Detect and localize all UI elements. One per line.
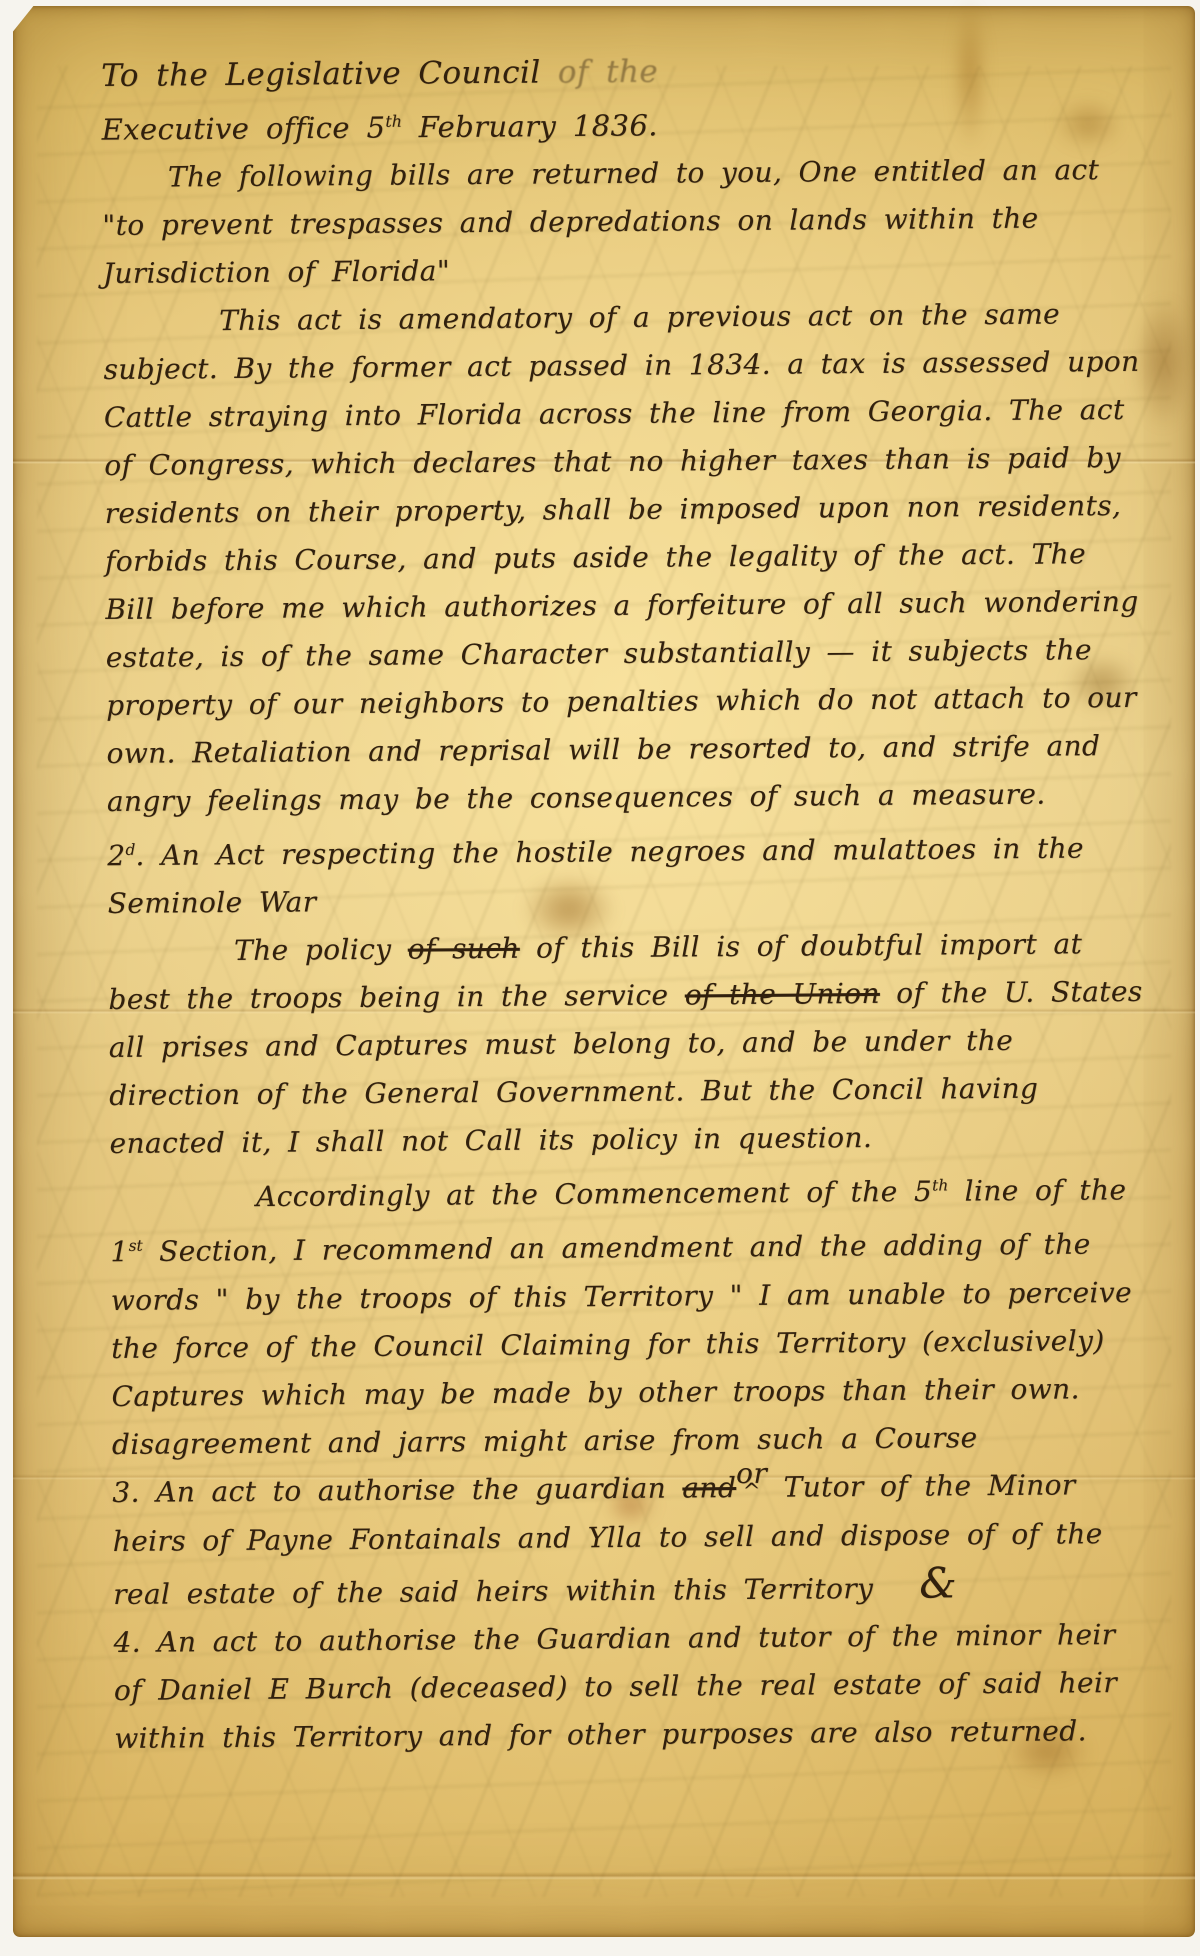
salutation: To the Legislative Council of the bbox=[101, 44, 1139, 100]
interlinear-insertion: or^ bbox=[736, 1462, 767, 1499]
dateline-text: Executive office 5 bbox=[101, 110, 385, 146]
policy-text: The policy bbox=[234, 933, 408, 967]
item-2-title: . An Act respecting the hostile negroes … bbox=[108, 831, 1084, 920]
accordingly-text: Accordingly at the Commencement of the 5 bbox=[256, 1175, 932, 1213]
salutation-text: To the Legislative Council bbox=[101, 54, 558, 94]
paragraph-accordingly: Accordingly at the Commencement of the 5… bbox=[110, 1160, 1150, 1469]
dateline-text: February 1836. bbox=[402, 108, 658, 144]
struck-text: of such bbox=[408, 932, 520, 966]
struck-text: and bbox=[682, 1471, 736, 1504]
date-ordinal: th bbox=[385, 112, 402, 131]
dateline: Executive office 5th February 1836. bbox=[101, 92, 1139, 154]
accordingly-text: Section, I recommend an amendment and th… bbox=[111, 1228, 1132, 1461]
item-4: 4. An act to authorise the Guardian and … bbox=[113, 1611, 1152, 1763]
struck-text: of the Union bbox=[685, 977, 880, 1012]
fold-crease bbox=[13, 1872, 1195, 1880]
item-2-ordinal: d bbox=[125, 840, 135, 858]
handwritten-letter: To the Legislative Council of the Execut… bbox=[101, 44, 1152, 1763]
section-ordinal: st bbox=[129, 1237, 143, 1255]
item-2-heading: 2d. An Act respecting the hostile negroe… bbox=[107, 817, 1146, 927]
manuscript-page: To the Legislative Council of the Execut… bbox=[13, 6, 1195, 1937]
caret-mark: ^ bbox=[743, 1484, 761, 1500]
item-2-number: 2 bbox=[107, 839, 125, 872]
torn-corner bbox=[11, 4, 35, 34]
paragraph-policy: The policy of such of this Bill is of do… bbox=[108, 920, 1148, 1168]
item-3: 3. An act to authorise the guardian ando… bbox=[112, 1460, 1151, 1619]
paper-stain bbox=[1133, 298, 1193, 428]
ampersand-flourish: & bbox=[919, 1559, 957, 1608]
paragraph-amendatory-act: This act is amendatory of a previous act… bbox=[103, 289, 1145, 825]
salutation-faded-text: of the bbox=[558, 54, 658, 91]
line-ordinal: th bbox=[932, 1176, 948, 1194]
item-3-text: 3. An act to authorise the guardian bbox=[112, 1471, 682, 1508]
paragraph-bills-returned: The following bills are returned to you,… bbox=[102, 146, 1141, 298]
